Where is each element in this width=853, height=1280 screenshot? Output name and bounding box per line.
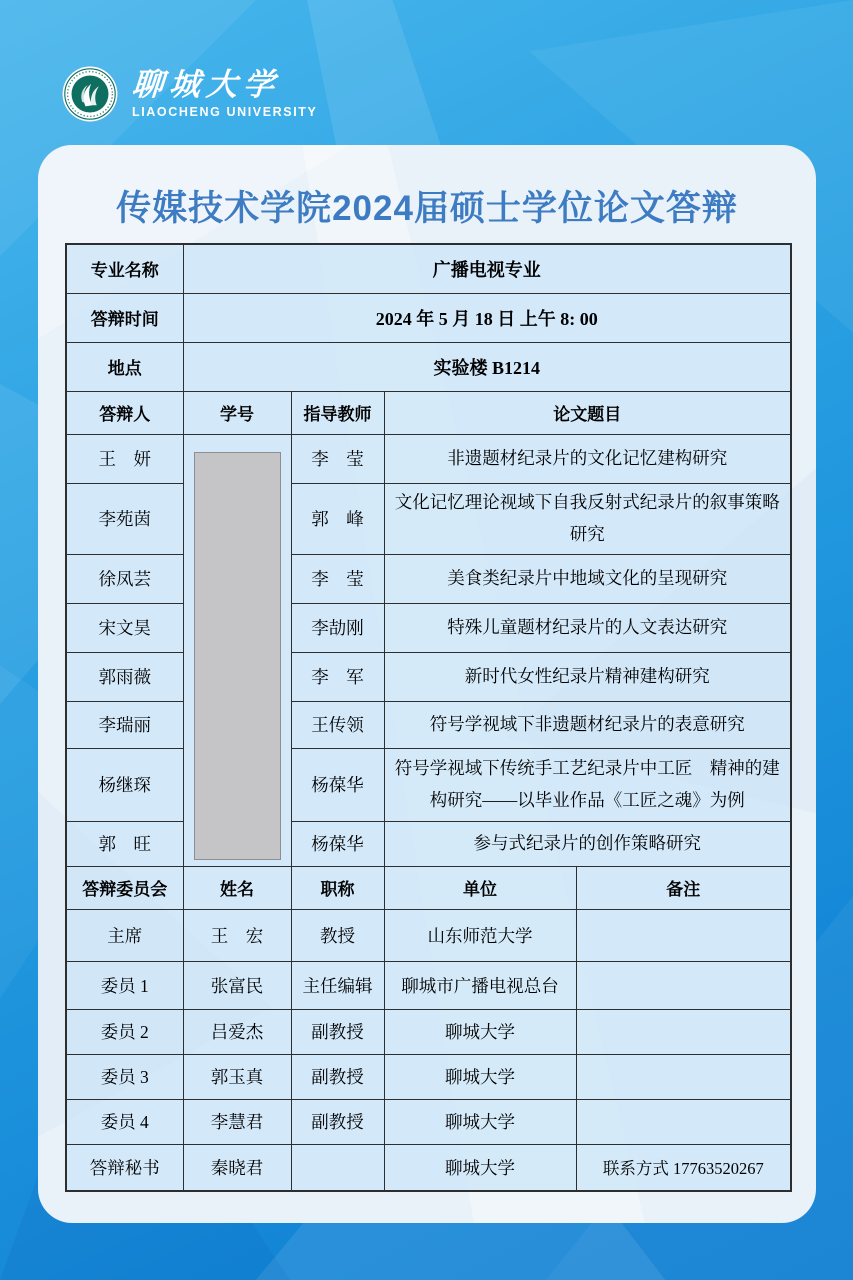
redaction-block bbox=[194, 452, 281, 860]
thesis-title: 参与式纪录片的创作策略研究 bbox=[384, 821, 791, 866]
info-label: 专业名称 bbox=[66, 244, 183, 293]
member-rank bbox=[291, 1144, 384, 1191]
column-header: 指导教师 bbox=[291, 391, 384, 434]
poster: 聊城大学 LIAOCHENG UNIVERSITY 传媒技术学院2024届硕士学… bbox=[0, 0, 853, 1280]
table-row: 宋文昊 李劼刚 特殊儿童题材纪录片的人文表达研究 bbox=[66, 603, 791, 652]
member-note bbox=[576, 1099, 791, 1144]
table-row: 郭 旺 杨葆华 参与式纪录片的创作策略研究 bbox=[66, 821, 791, 866]
table-row: 委员 1 张富民 主任编辑 聊城市广播电视总台 bbox=[66, 961, 791, 1009]
advisor-name: 李 军 bbox=[291, 652, 384, 701]
student-name: 徐凤芸 bbox=[66, 554, 183, 603]
member-unit: 聊城大学 bbox=[384, 1009, 576, 1054]
thesis-title: 新时代女性纪录片精神建构研究 bbox=[384, 652, 791, 701]
table-row: 李瑞丽 王传领 符号学视域下非遗题材纪录片的表意研究 bbox=[66, 701, 791, 748]
info-value: 实验楼 B1214 bbox=[183, 342, 791, 391]
committee-role: 委员 2 bbox=[66, 1009, 183, 1054]
content-card: 传媒技术学院2024届硕士学位论文答辩 专业名称 广播电视专业 答辩时间 202… bbox=[38, 145, 816, 1223]
member-note bbox=[576, 961, 791, 1009]
member-name: 秦晓君 bbox=[183, 1144, 291, 1191]
committee-role: 委员 4 bbox=[66, 1099, 183, 1144]
student-name: 郭 旺 bbox=[66, 821, 183, 866]
member-name: 李慧君 bbox=[183, 1099, 291, 1144]
member-unit: 聊城市广播电视总台 bbox=[384, 961, 576, 1009]
member-rank: 副教授 bbox=[291, 1009, 384, 1054]
member-note: 联系方式 17763520267 bbox=[576, 1144, 791, 1191]
student-name: 李瑞丽 bbox=[66, 701, 183, 748]
table-row: 答辩时间 2024 年 5 月 18 日 上午 8: 00 bbox=[66, 293, 791, 342]
column-header: 论文题目 bbox=[384, 391, 791, 434]
info-value: 2024 年 5 月 18 日 上午 8: 00 bbox=[183, 293, 791, 342]
table-row: 答辩秘书 秦晓君 聊城大学 联系方式 17763520267 bbox=[66, 1144, 791, 1191]
defense-header-row: 答辩人 学号 指导教师 论文题目 bbox=[66, 391, 791, 434]
member-unit: 山东师范大学 bbox=[384, 909, 576, 961]
page-title: 传媒技术学院2024届硕士学位论文答辩 bbox=[38, 181, 816, 231]
thesis-title: 美食类纪录片中地域文化的呈现研究 bbox=[384, 554, 791, 603]
column-header: 备注 bbox=[576, 866, 791, 909]
thesis-title: 文化记忆理论视域下自我反射式纪录片的叙事策略研究 bbox=[384, 483, 791, 554]
committee-header-row: 答辩委员会 姓名 职称 单位 备注 bbox=[66, 866, 791, 909]
info-label: 地点 bbox=[66, 342, 183, 391]
advisor-name: 李 莹 bbox=[291, 554, 384, 603]
student-name: 王 妍 bbox=[66, 434, 183, 483]
university-name-en: LIAOCHENG UNIVERSITY bbox=[132, 105, 318, 119]
column-header: 单位 bbox=[384, 866, 576, 909]
table-row: 李苑茵 郭 峰 文化记忆理论视域下自我反射式纪录片的叙事策略研究 bbox=[66, 483, 791, 554]
member-note bbox=[576, 909, 791, 961]
member-unit: 聊城大学 bbox=[384, 1099, 576, 1144]
table-row: 地点 实验楼 B1214 bbox=[66, 342, 791, 391]
advisor-name: 王传领 bbox=[291, 701, 384, 748]
student-name: 李苑茵 bbox=[66, 483, 183, 554]
university-name-cn: 聊城大学 bbox=[131, 69, 319, 102]
defense-schedule-table: 专业名称 广播电视专业 答辩时间 2024 年 5 月 18 日 上午 8: 0… bbox=[65, 243, 792, 1192]
column-header: 答辩人 bbox=[66, 391, 183, 434]
member-note bbox=[576, 1009, 791, 1054]
member-unit: 聊城大学 bbox=[384, 1144, 576, 1191]
student-name: 宋文昊 bbox=[66, 603, 183, 652]
info-label: 答辩时间 bbox=[66, 293, 183, 342]
table-row: 主席 王 宏 教授 山东师范大学 bbox=[66, 909, 791, 961]
advisor-name: 郭 峰 bbox=[291, 483, 384, 554]
member-rank: 教授 bbox=[291, 909, 384, 961]
info-value: 广播电视专业 bbox=[183, 244, 791, 293]
column-header: 姓名 bbox=[183, 866, 291, 909]
member-unit: 聊城大学 bbox=[384, 1054, 576, 1099]
advisor-name: 杨葆华 bbox=[291, 821, 384, 866]
table-row: 专业名称 广播电视专业 bbox=[66, 244, 791, 293]
thesis-title: 特殊儿童题材纪录片的人文表达研究 bbox=[384, 603, 791, 652]
committee-role: 委员 1 bbox=[66, 961, 183, 1009]
member-note bbox=[576, 1054, 791, 1099]
table-row: 委员 3 郭玉真 副教授 聊城大学 bbox=[66, 1054, 791, 1099]
member-rank: 主任编辑 bbox=[291, 961, 384, 1009]
column-header: 学号 bbox=[183, 391, 291, 434]
committee-role: 答辩秘书 bbox=[66, 1144, 183, 1191]
advisor-name: 李 莹 bbox=[291, 434, 384, 483]
member-rank: 副教授 bbox=[291, 1099, 384, 1144]
member-name: 张富民 bbox=[183, 961, 291, 1009]
university-emblem-icon bbox=[62, 66, 118, 122]
university-logo: 聊城大学 LIAOCHENG UNIVERSITY bbox=[62, 66, 318, 122]
table-row: 郭雨薇 李 军 新时代女性纪录片精神建构研究 bbox=[66, 652, 791, 701]
student-name: 杨继琛 bbox=[66, 748, 183, 821]
student-id-redacted-cell bbox=[183, 434, 291, 866]
table-row: 委员 2 吕爱杰 副教授 聊城大学 bbox=[66, 1009, 791, 1054]
table-row: 杨继琛 杨葆华 符号学视域下传统手工艺纪录片中工匠 精神的建构研究——以毕业作品… bbox=[66, 748, 791, 821]
column-header: 答辩委员会 bbox=[66, 866, 183, 909]
member-name: 吕爱杰 bbox=[183, 1009, 291, 1054]
member-name: 郭玉真 bbox=[183, 1054, 291, 1099]
student-name: 郭雨薇 bbox=[66, 652, 183, 701]
thesis-title: 符号学视域下传统手工艺纪录片中工匠 精神的建构研究——以毕业作品《工匠之魂》为例 bbox=[384, 748, 791, 821]
table-row: 王 妍 李 莹 非遗题材纪录片的文化记忆建构研究 bbox=[66, 434, 791, 483]
committee-role: 主席 bbox=[66, 909, 183, 961]
advisor-name: 李劼刚 bbox=[291, 603, 384, 652]
advisor-name: 杨葆华 bbox=[291, 748, 384, 821]
member-name: 王 宏 bbox=[183, 909, 291, 961]
table-row: 委员 4 李慧君 副教授 聊城大学 bbox=[66, 1099, 791, 1144]
thesis-title: 非遗题材纪录片的文化记忆建构研究 bbox=[384, 434, 791, 483]
table-row: 徐凤芸 李 莹 美食类纪录片中地域文化的呈现研究 bbox=[66, 554, 791, 603]
committee-role: 委员 3 bbox=[66, 1054, 183, 1099]
thesis-title: 符号学视域下非遗题材纪录片的表意研究 bbox=[384, 701, 791, 748]
member-rank: 副教授 bbox=[291, 1054, 384, 1099]
column-header: 职称 bbox=[291, 866, 384, 909]
